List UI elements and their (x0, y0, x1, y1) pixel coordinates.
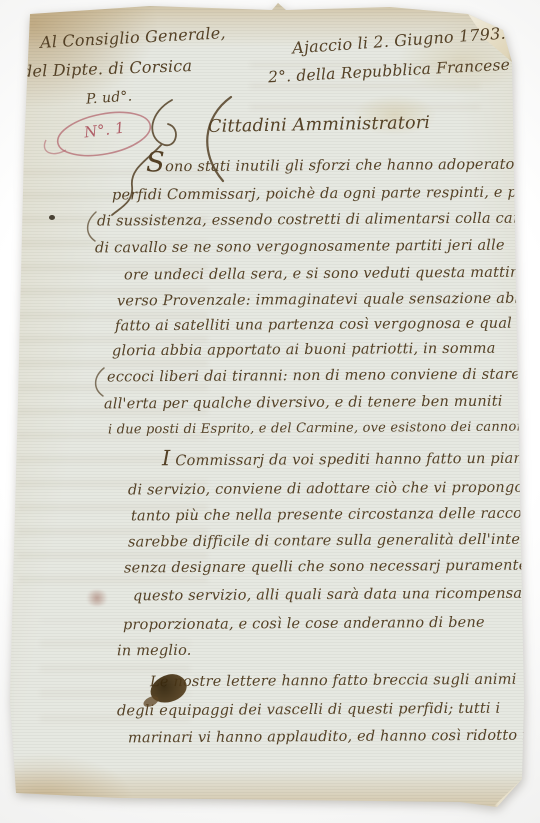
ink-speck (49, 215, 55, 220)
manuscript-line: ore undeci della sera, e si sono veduti … (124, 265, 528, 284)
manuscript-line: sarebbe difficile di contare sulla gener… (128, 532, 540, 551)
red-flourish-tail (44, 140, 66, 154)
manuscript-line: verso Provenzale: immaginatevi quale sen… (117, 291, 538, 310)
manuscript-line: fatto ai satelliti una partenza così ver… (115, 316, 512, 335)
manuscript-line: tanto più che nella presente circostanza… (131, 506, 540, 525)
manuscript-line: eccoci liberi dai tiranni: non di meno c… (107, 367, 520, 386)
registry-number: N°. 1 (83, 119, 126, 142)
salutation: Cittadini Amministratori (208, 113, 430, 137)
manuscript-line: degli equipaggi dei vascelli di questi p… (117, 701, 500, 720)
addressee-line-2: del Dipte. di Corsica (22, 56, 193, 81)
scanned-letter-image: Al Consiglio Generale, del Dipte. di Cor… (0, 0, 540, 823)
manuscript-line: di sussistenza, essendo costretti di ali… (97, 210, 538, 229)
manuscript-line: Sono stati inutili gli sforzi che hanno … (146, 157, 524, 176)
manuscript-line: marinari vi hanno applaudito, ed hanno c… (128, 728, 527, 747)
addressee-line-1: Al Consiglio Generale, (40, 23, 226, 52)
manuscript-line: proporzionata, e così le cose anderanno … (123, 615, 485, 634)
republic-year-line: 2°. della Repubblica Francese (268, 56, 511, 87)
manuscript-line: i due posti di Esprito, e del Carmine, o… (108, 420, 530, 438)
manuscript-line: in meglio. (117, 643, 192, 660)
red-smudge (84, 590, 110, 606)
paper-shadow: Al Consiglio Generale, del Dipte. di Cor… (0, 0, 540, 823)
addressee-annotation: P. ud°. (85, 88, 132, 107)
manuscript-line: questo servizio, alli quali sarà data un… (133, 586, 522, 605)
manuscript-line: di servizio, conviene di adottare ciò ch… (128, 480, 540, 499)
manuscript-line: gloria abbia apportato ai buoni patriott… (112, 341, 496, 360)
manuscript-line: all'erta per qualche diversivo, e di ten… (104, 394, 503, 413)
manuscript-line: I Commissarj da voi spediti hanno fatto … (162, 451, 532, 470)
lead-in-stroke (96, 368, 104, 396)
bottom-right-dogear (494, 772, 528, 810)
manuscript-line: Le nostre lettere hanno fatto breccia su… (150, 672, 517, 691)
manuscript-page: Al Consiglio Generale, del Dipte. di Cor… (0, 0, 540, 823)
manuscript-line: di cavallo se ne sono vergognosamente pa… (95, 238, 505, 257)
manuscript-line: senza designare quelli che sono necessar… (124, 558, 540, 577)
dateline: Ajaccio li 2. Giugno 1793. (292, 24, 507, 58)
manuscript-line: perfidi Commissarj, poichè da ogni parte… (112, 184, 540, 203)
lead-in-stroke (88, 212, 96, 241)
